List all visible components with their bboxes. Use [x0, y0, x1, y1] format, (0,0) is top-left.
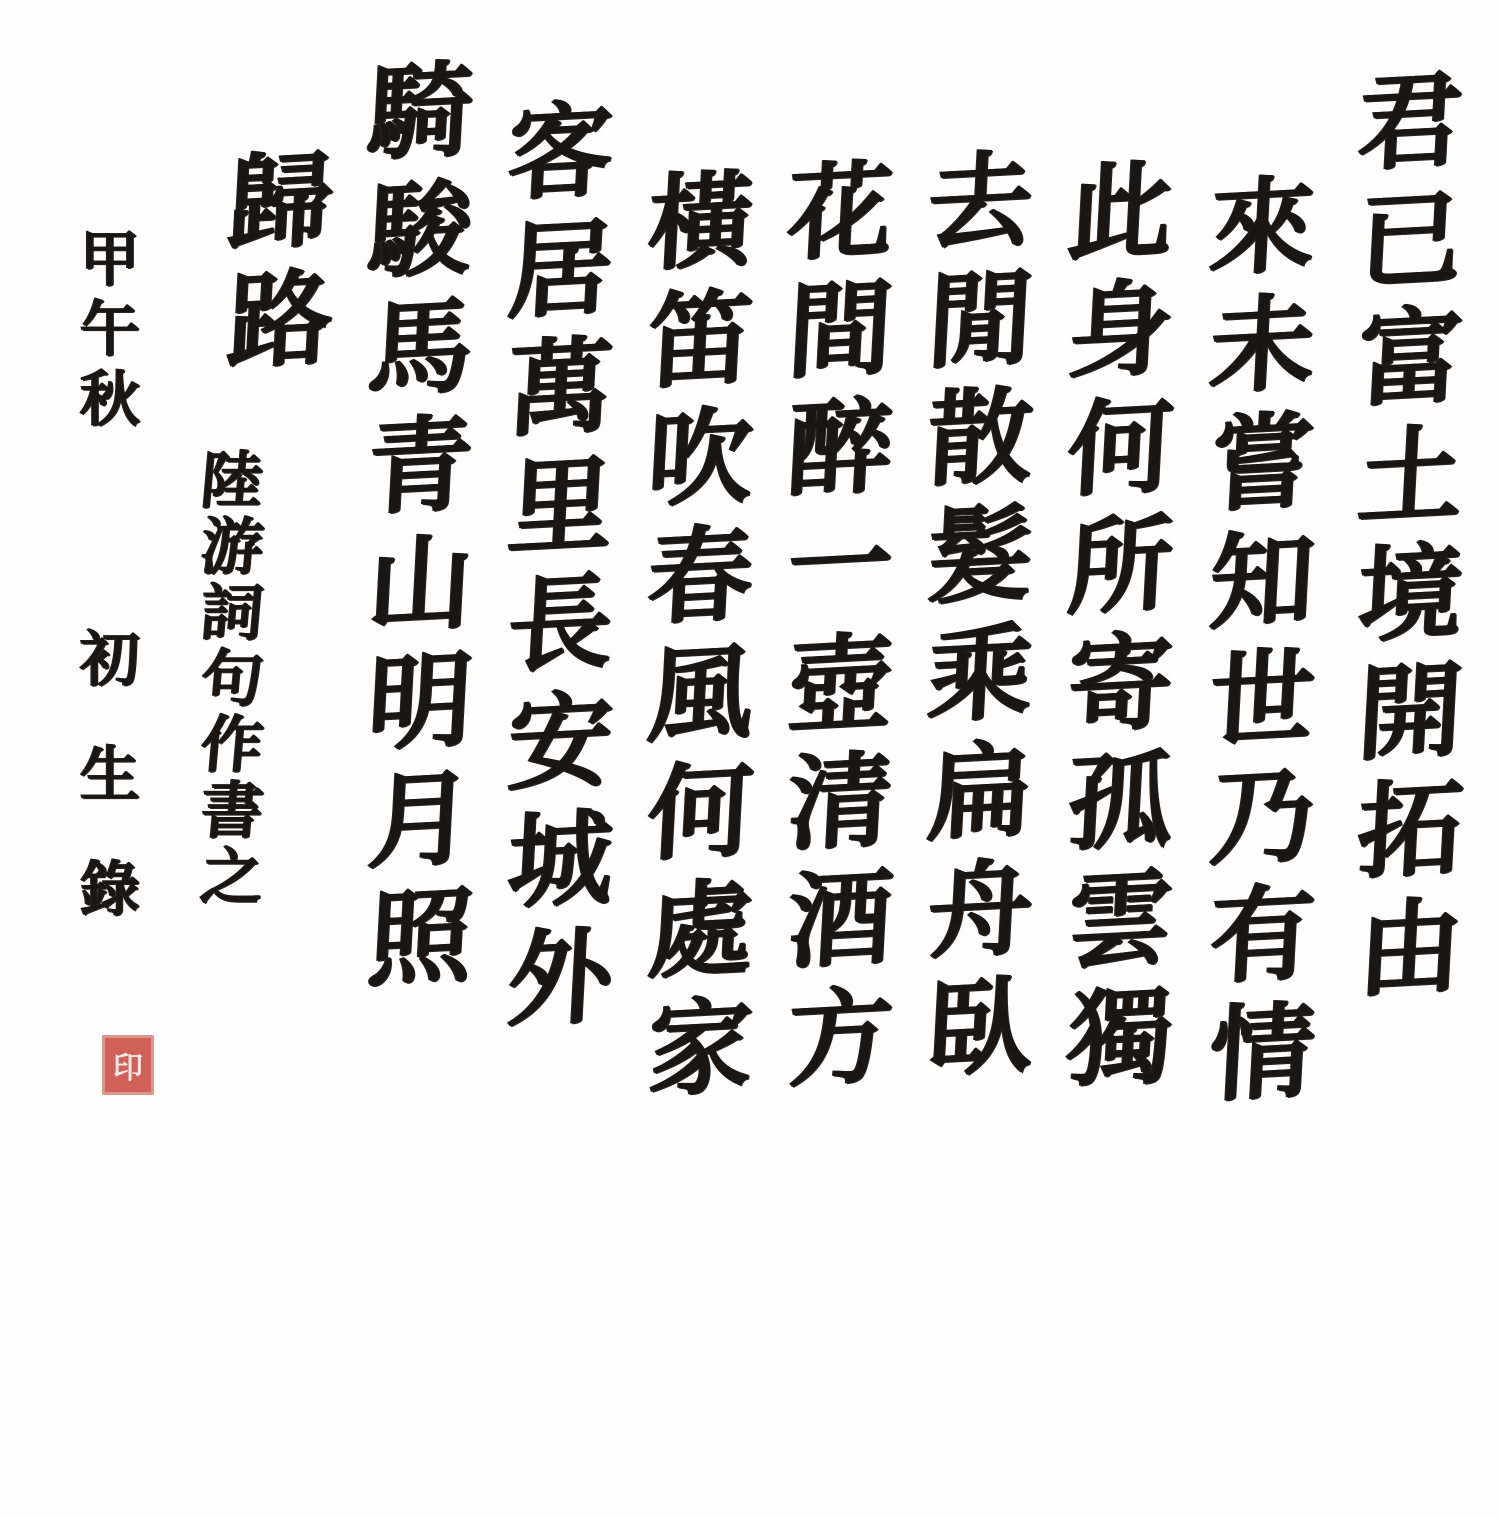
calligraphy-glyph: 歸 — [212, 147, 349, 272]
calligraphy-glyph: 安 — [492, 687, 629, 812]
calligraphy-glyph: 來 — [1194, 172, 1331, 297]
inscription-column: 陸游詞句作書之 — [192, 450, 272, 912]
inscription-glyph: 句 — [189, 648, 275, 714]
calligraphy-glyph: 有 — [1194, 880, 1331, 1005]
calligraphy-column: 去閒散髮乘扁舟臥 — [915, 150, 1045, 1094]
calligraphy-glyph: 拓 — [1342, 775, 1479, 900]
calligraphy-glyph: 扁 — [912, 737, 1049, 862]
calligraphy-glyph: 舟 — [912, 855, 1049, 980]
calligraphy-glyph: 土 — [1342, 421, 1479, 546]
calligraphy-column: 騎駿馬青山明月照 — [355, 60, 485, 1004]
calligraphy-column: 君已富土境開拓由 — [1345, 70, 1475, 1014]
calligraphy-glyph: 長 — [492, 569, 629, 694]
inscription-glyph: 之 — [189, 846, 275, 912]
inscription-glyph: 書 — [189, 780, 275, 846]
signature-name-column: 初生錄 — [70, 630, 150, 975]
calligraphy-glyph: 照 — [352, 883, 489, 1008]
calligraphy-glyph: 富 — [1342, 303, 1479, 428]
calligraphy-glyph: 里 — [492, 451, 629, 576]
calligraphy-column: 來未嘗知世乃有情 — [1197, 175, 1327, 1119]
calligraphy-glyph: 笛 — [632, 285, 769, 410]
calligraphy-column: 此身何所寄孤雲獨 — [1055, 160, 1185, 1104]
calligraphy-glyph: 寄 — [1052, 629, 1189, 754]
calligraphy-glyph: 外 — [492, 923, 629, 1048]
calligraphy-glyph: 家 — [632, 993, 769, 1118]
inscription-glyph: 詞 — [189, 582, 275, 648]
calligraphy-glyph: 髮 — [912, 501, 1049, 626]
signature-date-glyph: 甲 — [70, 230, 150, 300]
calligraphy-glyph: 風 — [632, 639, 769, 764]
calligraphy-glyph: 身 — [1052, 275, 1189, 400]
calligraphy-glyph: 情 — [1194, 998, 1331, 1123]
calligraphy-glyph: 橫 — [632, 167, 769, 292]
signature-date-column: 甲午秋 — [70, 230, 150, 440]
calligraphy-glyph: 嘗 — [1194, 408, 1331, 533]
calligraphy-glyph: 城 — [492, 805, 629, 930]
calligraphy-glyph: 乃 — [1194, 762, 1331, 887]
calligraphy-glyph: 何 — [1052, 393, 1189, 518]
calligraphy-glyph: 閒 — [912, 265, 1049, 390]
calligraphy-glyph: 馬 — [352, 293, 489, 418]
inscription-glyph: 游 — [189, 516, 275, 582]
calligraphy-glyph: 一 — [772, 511, 909, 636]
calligraphy-glyph: 青 — [352, 411, 489, 536]
calligraphy-glyph: 居 — [492, 215, 629, 340]
calligraphy-glyph: 方 — [772, 983, 909, 1108]
calligraphy-glyph: 此 — [1052, 157, 1189, 282]
calligraphy-glyph: 月 — [352, 765, 489, 890]
calligraphy-glyph: 雲 — [1052, 865, 1189, 990]
calligraphy-glyph: 未 — [1194, 290, 1331, 415]
calligraphy-column: 歸路 — [215, 150, 345, 386]
calligraphy-glyph: 花 — [772, 157, 909, 282]
seal-text: 印 — [102, 1035, 154, 1095]
calligraphy-glyph: 春 — [632, 521, 769, 646]
calligraphy-glyph: 明 — [352, 647, 489, 772]
calligraphy-column: 花間醉一壺清酒方 — [775, 160, 905, 1104]
calligraphy-glyph: 世 — [1194, 644, 1331, 769]
calligraphy-glyph: 酒 — [772, 865, 909, 990]
calligraphy-glyph: 去 — [912, 147, 1049, 272]
calligraphy-glyph: 山 — [352, 529, 489, 654]
inscription-glyph: 陸 — [189, 450, 275, 516]
red-seal-stamp: 印 — [102, 1035, 154, 1095]
calligraphy-glyph: 開 — [1342, 657, 1479, 782]
signature-name-glyph: 錄 — [70, 860, 150, 975]
signature-date-glyph: 午 — [70, 300, 150, 370]
signature-date-glyph: 秋 — [70, 370, 150, 440]
calligraphy-glyph: 境 — [1342, 539, 1479, 664]
calligraphy-glyph: 由 — [1342, 893, 1479, 1018]
calligraphy-glyph: 獨 — [1052, 983, 1189, 1108]
signature-name-glyph: 初 — [70, 630, 150, 745]
calligraphy-glyph: 清 — [772, 747, 909, 872]
signature-name-glyph: 生 — [70, 745, 150, 860]
calligraphy-glyph: 客 — [492, 97, 629, 222]
calligraphy-glyph: 萬 — [492, 333, 629, 458]
inscription-glyph: 作 — [189, 714, 275, 780]
calligraphy-glyph: 吹 — [632, 403, 769, 528]
calligraphy-glyph: 騎 — [352, 57, 489, 182]
calligraphy-glyph: 孤 — [1052, 747, 1189, 872]
calligraphy-column: 橫笛吹春風何處家 — [635, 170, 765, 1114]
calligraphy-glyph: 所 — [1052, 511, 1189, 636]
calligraphy-column: 客居萬里長安城外 — [495, 100, 625, 1044]
calligraphy-glyph: 處 — [632, 875, 769, 1000]
calligraphy-glyph: 駿 — [352, 175, 489, 300]
calligraphy-glyph: 君 — [1342, 67, 1479, 192]
calligraphy-glyph: 壺 — [772, 629, 909, 754]
calligraphy-glyph: 乘 — [912, 619, 1049, 744]
calligraphy-glyph: 知 — [1194, 526, 1331, 651]
calligraphy-glyph: 路 — [212, 265, 349, 390]
calligraphy-glyph: 醉 — [772, 393, 909, 518]
calligraphy-glyph: 散 — [912, 383, 1049, 508]
calligraphy-glyph: 間 — [772, 275, 909, 400]
calligraphy-glyph: 已 — [1342, 185, 1479, 310]
calligraphy-glyph: 何 — [632, 757, 769, 882]
calligraphy-glyph: 臥 — [912, 973, 1049, 1098]
